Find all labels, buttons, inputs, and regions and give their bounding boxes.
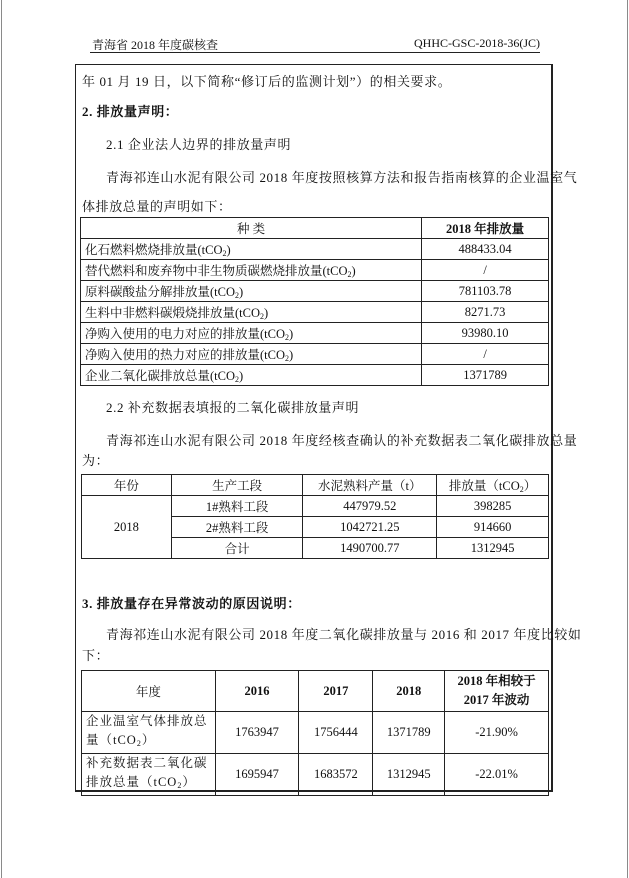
table3-change: -21.90% (445, 712, 549, 754)
table3-2017: 1756444 (299, 712, 373, 754)
table2-year: 2018 (82, 496, 172, 559)
year-comparison-table: 年度 2016 2017 2018 2018 年相较于2017 年波动 企业温室… (81, 670, 549, 796)
table3-2018: 1371789 (373, 712, 445, 754)
table3-label: 企业温室气体排放总量（tCO2） (82, 712, 216, 754)
table3-2017: 1683572 (299, 754, 373, 796)
table1-value: 8271.73 (422, 302, 549, 323)
section-3-title: 3. 排放量存在异常波动的原因说明： (82, 593, 301, 612)
table1-value: 93980.10 (422, 323, 549, 344)
table-row: 净购入使用的热力对应的排放量(tCO2) / (81, 344, 549, 365)
table2-stage: 合计 (171, 538, 303, 559)
intro-line: 年 01 月 19 日，以下简称“修订后的监测计划”）的相关要求。 (82, 71, 451, 90)
supplementary-data-table: 年份 生产工段 水泥熟料产量（t） 排放量（tCO2） 2018 1#熟料工段 … (81, 474, 549, 559)
table1-value: / (422, 260, 549, 281)
table1-value: 1371789 (422, 365, 549, 386)
table1-header-2018: 2018 年排放量 (422, 218, 549, 239)
table1-label: 净购入使用的电力对应的排放量(tCO2) (81, 323, 422, 344)
table-row: 替代燃料和废弃物中非生物质碳燃烧排放量(tCO2) / (81, 260, 549, 281)
table2-header-output: 水泥熟料产量（t） (303, 475, 437, 496)
table3-change: -22.01% (445, 754, 549, 796)
table1-label: 原料碳酸盐分解排放量(tCO2) (81, 281, 422, 302)
table1-header-category: 种 类 (81, 218, 422, 239)
section-2-1-para-line1: 青海祁连山水泥有限公司 2018 年度按照核算方法和报告指南核算的企业温室气 (106, 167, 577, 186)
header-doc-code: QHHC-GSC-2018-36(JC) (414, 36, 540, 51)
table2-header-year: 年份 (82, 475, 172, 496)
table2-header-stage: 生产工段 (171, 475, 303, 496)
table2-emission: 1312945 (437, 538, 549, 559)
table3-header-2016: 2016 (215, 671, 299, 712)
table3-header-2017: 2017 (299, 671, 373, 712)
table-row: 化石燃料燃烧排放量(tCO2) 488433.04 (81, 239, 549, 260)
table1-value: 488433.04 (422, 239, 549, 260)
section-3-para-line1: 青海祁连山水泥有限公司 2018 年度二氧化碳排放量与 2016 和 2017 … (106, 624, 582, 643)
section-2-2-title: 2.2 补充数据表填报的二氧化碳排放量声明 (106, 397, 359, 416)
table3-2016: 1695947 (215, 754, 299, 796)
table3-header-2018: 2018 (373, 671, 445, 712)
table3-2016: 1763947 (215, 712, 299, 754)
table2-stage: 1#熟料工段 (171, 496, 303, 517)
table2-output: 1042721.25 (303, 517, 437, 538)
table2-stage: 2#熟料工段 (171, 517, 303, 538)
section-2-2-para-line1: 青海祁连山水泥有限公司 2018 年度经核查确认的补充数据表二氧化碳排放总量 (106, 430, 577, 449)
table1-label: 生料中非燃料碳煅烧排放量(tCO2) (81, 302, 422, 323)
emissions-declaration-table: 种 类 2018 年排放量 化石燃料燃烧排放量(tCO2) 488433.04 … (80, 217, 549, 386)
table-row: 2018 1#熟料工段 447979.52 398285 (82, 496, 549, 517)
table1-label: 替代燃料和废弃物中非生物质碳燃烧排放量(tCO2) (81, 260, 422, 281)
page-edge-left (1, 0, 2, 878)
table3-label: 补充数据表二氧化碳排放总量（tCO2） (82, 754, 216, 796)
table3-2018: 1312945 (373, 754, 445, 796)
running-header: 青海省 2018 年度碳核查 QHHC-GSC-2018-36(JC) (90, 36, 540, 53)
table3-header-change: 2018 年相较于2017 年波动 (445, 671, 549, 712)
table2-emission: 914660 (437, 517, 549, 538)
table2-emission: 398285 (437, 496, 549, 517)
table-row: 补充数据表二氧化碳排放总量（tCO2） 1695947 1683572 1312… (82, 754, 549, 796)
table1-value: 781103.78 (422, 281, 549, 302)
table2-header-emission: 排放量（tCO2） (437, 475, 549, 496)
page-edge-right (627, 0, 628, 878)
table1-label: 化石燃料燃烧排放量(tCO2) (81, 239, 422, 260)
table-row: 净购入使用的电力对应的排放量(tCO2) 93980.10 (81, 323, 549, 344)
table-row: 企业二氧化碳排放总量(tCO2) 1371789 (81, 365, 549, 386)
table2-output: 1490700.77 (303, 538, 437, 559)
section-2-title: 2. 排放量声明： (82, 101, 178, 120)
table1-label: 企业二氧化碳排放总量(tCO2) (81, 365, 422, 386)
content-frame: 年 01 月 19 日，以下简称“修订后的监测计划”）的相关要求。 2. 排放量… (75, 64, 553, 792)
table1-label: 净购入使用的热力对应的排放量(tCO2) (81, 344, 422, 365)
table-row: 企业温室气体排放总量（tCO2） 1763947 1756444 1371789… (82, 712, 549, 754)
table-row: 生料中非燃料碳煅烧排放量(tCO2) 8271.73 (81, 302, 549, 323)
header-title: 青海省 2018 年度碳核查 (92, 36, 218, 53)
section-2-1-title: 2.1 企业法人边界的排放量声明 (106, 134, 291, 153)
table2-output: 447979.52 (303, 496, 437, 517)
section-3-para-line2: 下： (82, 645, 109, 664)
section-2-1-para-line2: 体排放总量的声明如下： (82, 196, 232, 215)
table1-value: / (422, 344, 549, 365)
section-2-2-para-line2: 为： (82, 450, 109, 469)
table-row: 原料碳酸盐分解排放量(tCO2) 781103.78 (81, 281, 549, 302)
table3-header-year: 年度 (82, 671, 216, 712)
